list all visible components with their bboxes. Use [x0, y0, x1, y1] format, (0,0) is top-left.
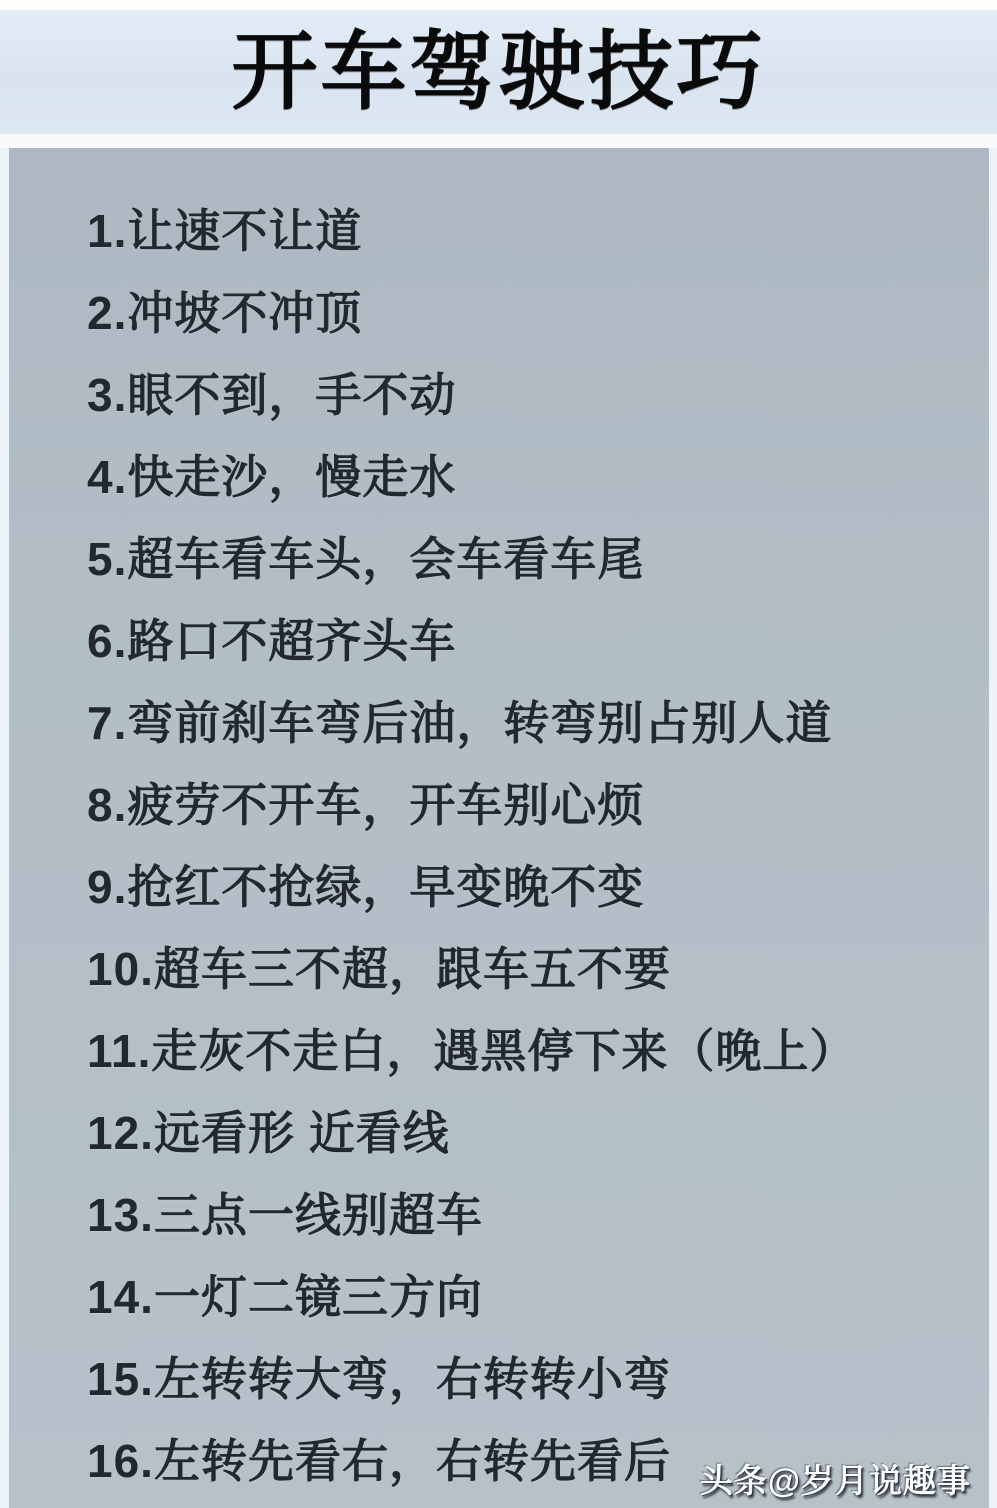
tip-item-1: 1.让速不让道 — [87, 190, 969, 272]
tips-panel: 1.让速不让道 2.冲坡不冲顶 3.眼不到，手不动 4.快走沙，慢走水 5.超车… — [9, 148, 989, 1508]
watermark: 头条@岁月说趣事 — [700, 1455, 971, 1502]
page-title: 开车驾驶技巧 — [232, 12, 766, 132]
tip-item-3: 3.眼不到，手不动 — [87, 354, 969, 436]
tip-item-11: 11.走灰不走白，遇黑停下来（晚上） — [87, 1010, 969, 1092]
title-bar: 开车驾驶技巧 — [0, 0, 997, 148]
tip-item-5: 5.超车看车头，会车看车尾 — [87, 518, 969, 600]
tip-item-6: 6.路口不超齐头车 — [87, 600, 969, 682]
infographic-page: 开车驾驶技巧 1.让速不让道 2.冲坡不冲顶 3.眼不到，手不动 4.快走沙，慢… — [0, 0, 997, 1508]
tip-item-2: 2.冲坡不冲顶 — [87, 272, 969, 354]
tip-item-8: 8.疲劳不开车，开车别心烦 — [87, 764, 969, 846]
tip-item-4: 4.快走沙，慢走水 — [87, 436, 969, 518]
tip-item-7: 7.弯前刹车弯后油，转弯别占别人道 — [87, 682, 969, 764]
tip-item-9: 9.抢红不抢绿，早变晚不变 — [87, 846, 969, 928]
tip-item-10: 10.超车三不超，跟车五不要 — [87, 928, 969, 1010]
watermark-text: 头条@岁月说趣事 — [700, 1462, 971, 1499]
tips-list: 1.让速不让道 2.冲坡不冲顶 3.眼不到，手不动 4.快走沙，慢走水 5.超车… — [9, 148, 989, 1502]
tip-item-13: 13.三点一线别超车 — [87, 1174, 969, 1256]
tip-item-12: 12.远看形 近看线 — [87, 1092, 969, 1174]
tip-item-14: 14.一灯二镜三方向 — [87, 1256, 969, 1338]
tip-item-15: 15.左转转大弯，右转转小弯 — [87, 1338, 969, 1420]
